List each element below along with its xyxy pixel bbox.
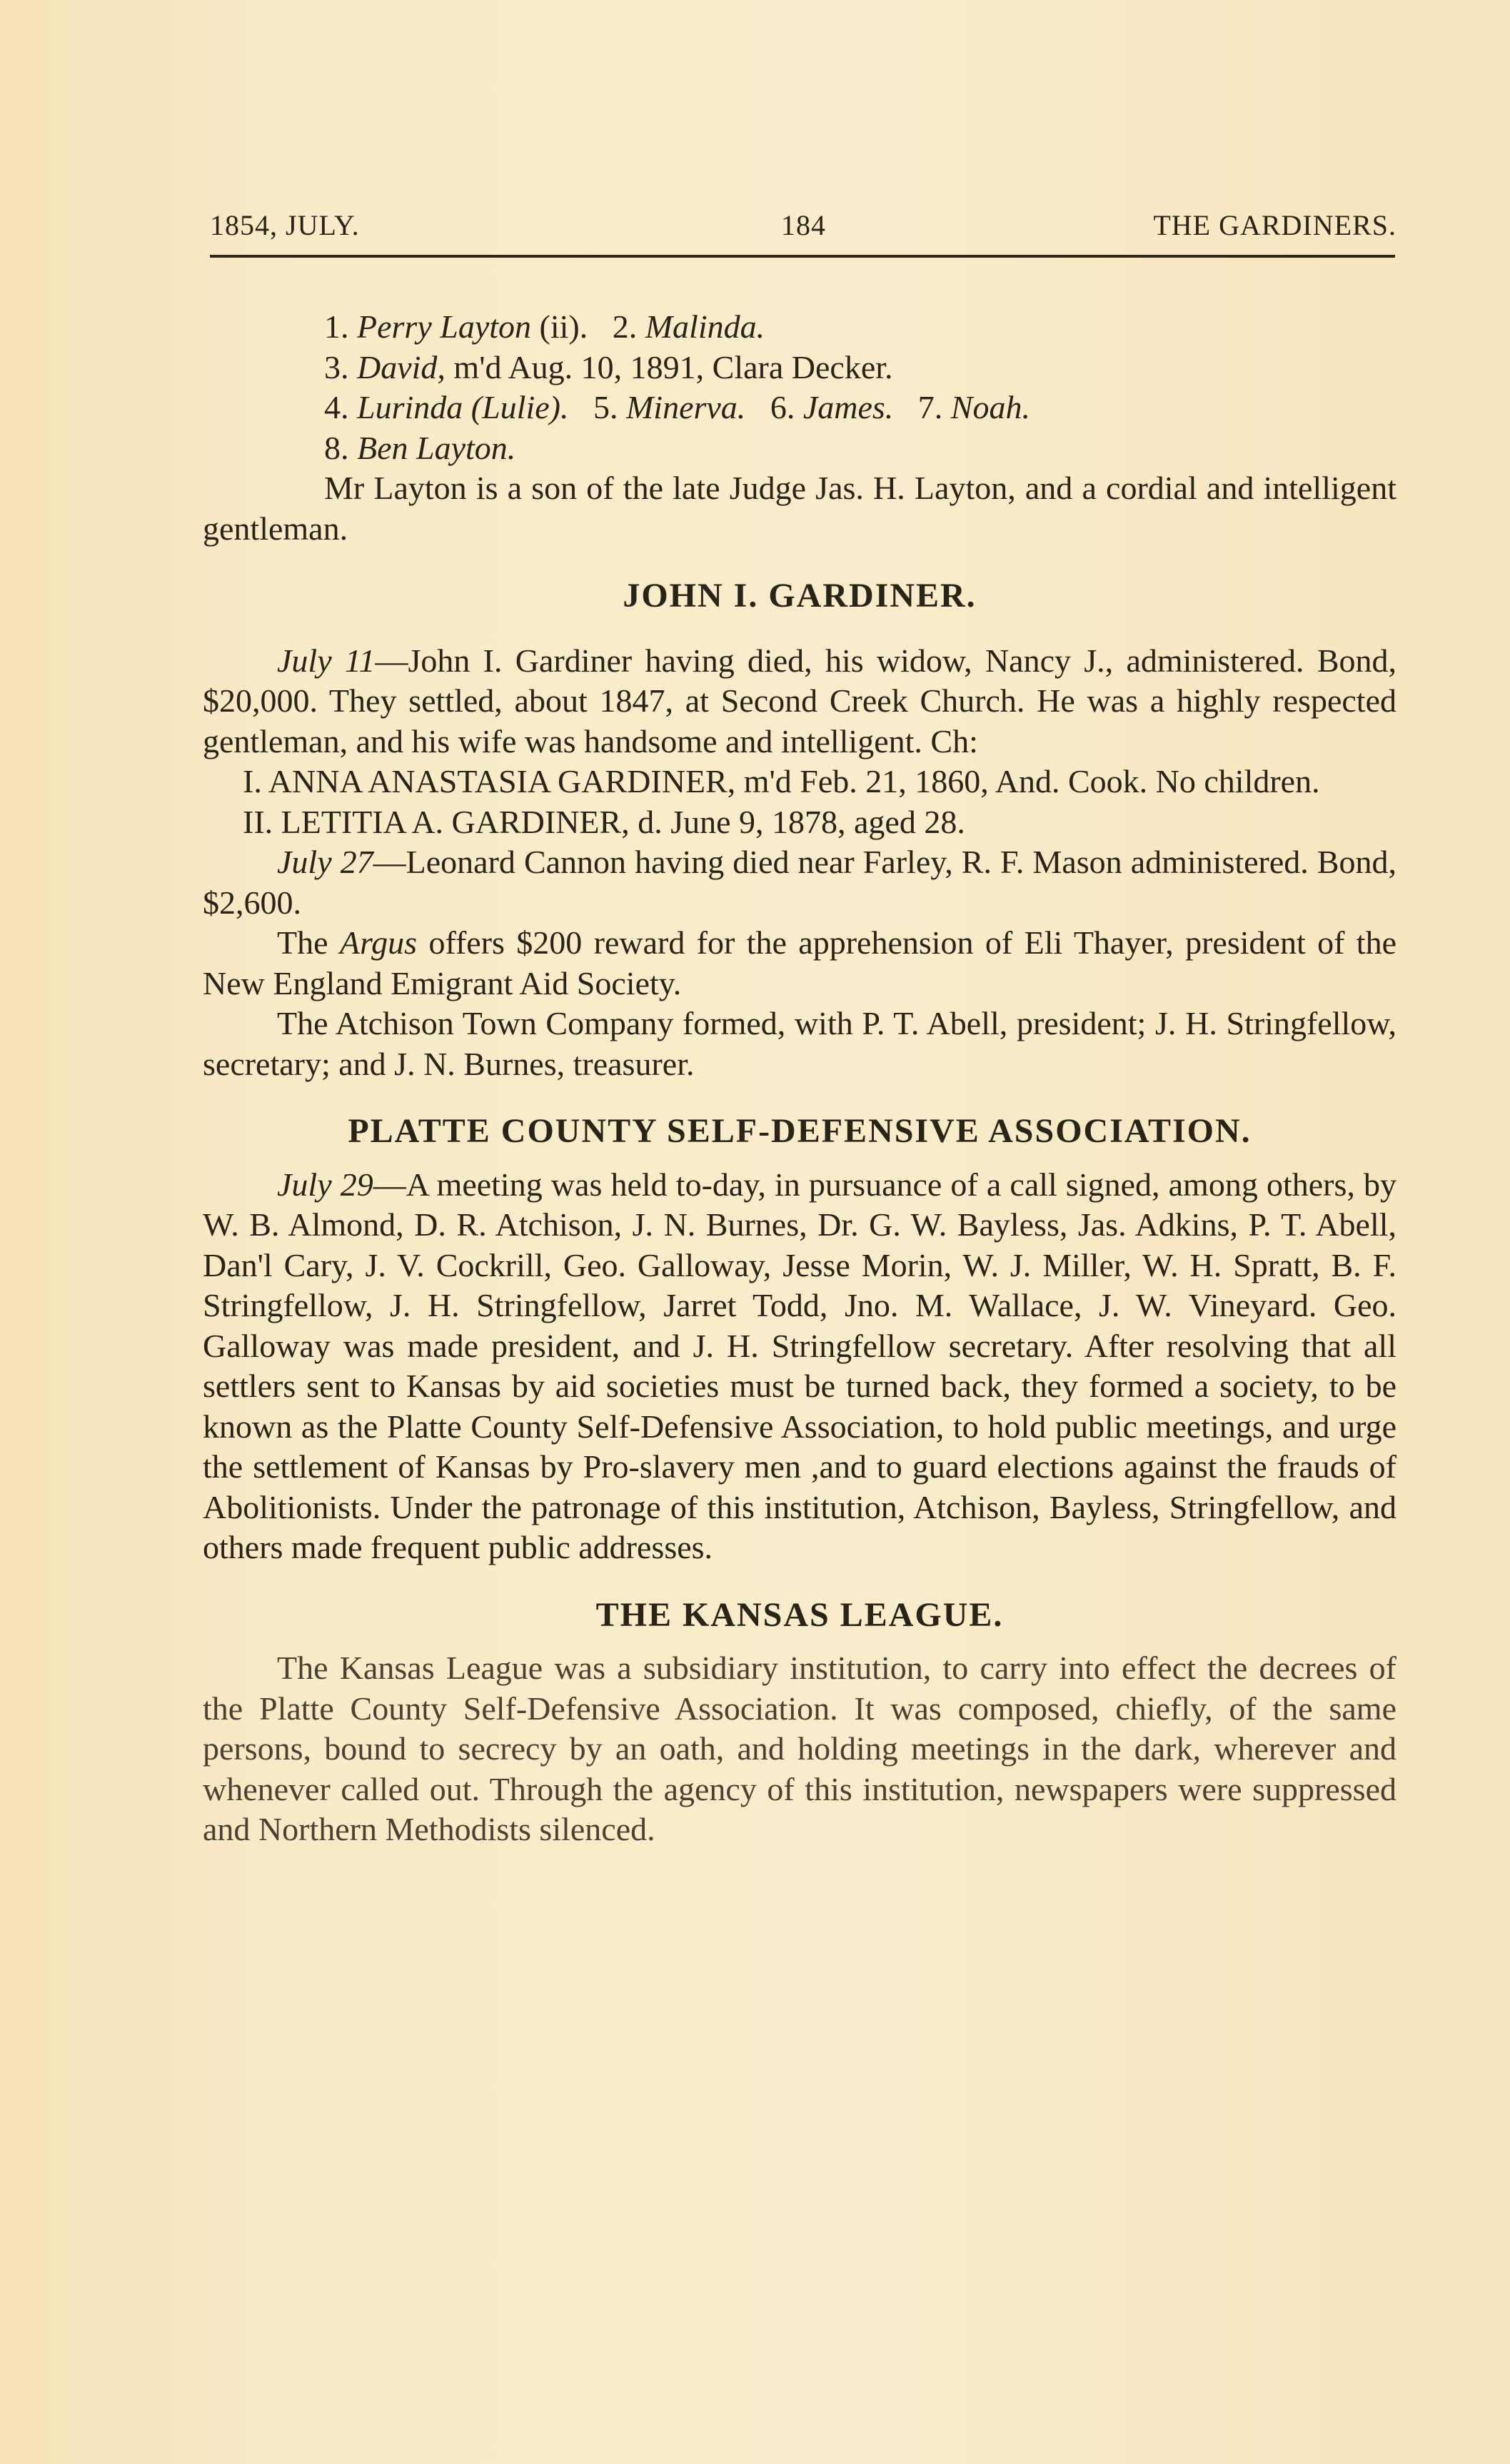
- item-number: 6.: [770, 389, 795, 425]
- list-item: 4. Lurinda (Lulie). 5. Minerva. 6. James…: [203, 388, 1396, 428]
- running-head-title: THE GARDINERS.: [1153, 208, 1396, 242]
- running-head: 1854, JULY. 184 THE GARDINERS.: [203, 208, 1396, 251]
- child-name: David,: [357, 349, 446, 385]
- argus-entry: The Argus offers $200 reward for the app…: [203, 923, 1396, 1004]
- section-title-john-gardiner: JOHN I. GARDINER.: [203, 576, 1396, 617]
- page-number: 184: [781, 208, 826, 242]
- newspaper-title: Argus: [340, 924, 417, 961]
- child-name: Perry Layton: [357, 308, 531, 345]
- item-number: 5.: [593, 389, 618, 425]
- item-number: 2.: [613, 308, 638, 345]
- item-number: 8.: [324, 430, 349, 466]
- layton-children-list: 1. Perry Layton (ii). 2. Malinda. 3. Dav…: [203, 307, 1396, 549]
- child-name: James.: [803, 389, 893, 425]
- section-title-platte-county: PLATTE COUNTY SELF-DEFENSIVE ASSOCIATION…: [203, 1111, 1396, 1152]
- item-number: 3.: [324, 349, 349, 385]
- entry-text: —A meeting was held to-day, in pursuance…: [203, 1166, 1396, 1566]
- item-number: 4.: [324, 389, 349, 425]
- atchison-entry: The Atchison Town Company formed, with P…: [203, 1004, 1396, 1084]
- list-item: 1. Perry Layton (ii). 2. Malinda.: [203, 307, 1396, 348]
- kansas-league-text: The Kansas League was a subsidiary insti…: [203, 1648, 1396, 1850]
- cannon-entry: July 27—Leonard Cannon having died near …: [203, 842, 1396, 923]
- child-suffix: (ii).: [531, 308, 588, 345]
- child-name: Malinda.: [645, 308, 765, 345]
- entry-text: The: [277, 924, 340, 961]
- platte-entry: July 29—A meeting was held to-day, in pu…: [203, 1165, 1396, 1568]
- child-name: Minerva.: [626, 389, 745, 425]
- item-number: 1.: [324, 308, 349, 345]
- header-rule: [210, 255, 1395, 258]
- item-number: 7.: [918, 389, 943, 425]
- child-name: Noah.: [951, 389, 1030, 425]
- gardiner-entry: July 11—John I. Gardiner having died, hi…: [203, 641, 1396, 762]
- list-item: 3. David, m'd Aug. 10, 1891, Clara Decke…: [203, 348, 1396, 388]
- child-name: Lurinda (Lulie).: [357, 389, 568, 425]
- gardiner-child-1: I. ANNA ANASTASIA GARDINER, m'd Feb. 21,…: [203, 762, 1396, 802]
- child-text: LETITIA A. GARDINER, d. June 9, 1878, ag…: [281, 804, 965, 840]
- entry-text: —Leonard Cannon having died near Farley,…: [203, 844, 1396, 921]
- child-name: Ben Layton.: [357, 430, 515, 466]
- running-head-date: 1854, JULY.: [210, 208, 360, 242]
- entry-text: —John I. Gardiner having died, his widow…: [203, 642, 1396, 759]
- layton-note: Mr Layton is a son of the late Judge Jas…: [203, 468, 1396, 549]
- entry-date: July 29: [277, 1166, 373, 1203]
- section-title-kansas-league: THE KANSAS LEAGUE.: [203, 1595, 1396, 1636]
- page-body: 1. Perry Layton (ii). 2. Malinda. 3. Dav…: [203, 307, 1396, 1850]
- gardiner-child-2: II. LETITIA A. GARDINER, d. June 9, 1878…: [203, 802, 1396, 843]
- roman-numeral: II.: [243, 804, 273, 840]
- roman-numeral: I.: [243, 763, 262, 799]
- entry-date: July 11: [277, 642, 375, 679]
- child-detail: m'd Aug. 10, 1891, Clara Decker.: [446, 349, 893, 385]
- entry-date: July 27: [277, 844, 373, 880]
- list-item: 8. Ben Layton.: [203, 428, 1396, 469]
- child-text: ANNA ANASTASIA GARDINER, m'd Feb. 21, 18…: [268, 763, 1320, 799]
